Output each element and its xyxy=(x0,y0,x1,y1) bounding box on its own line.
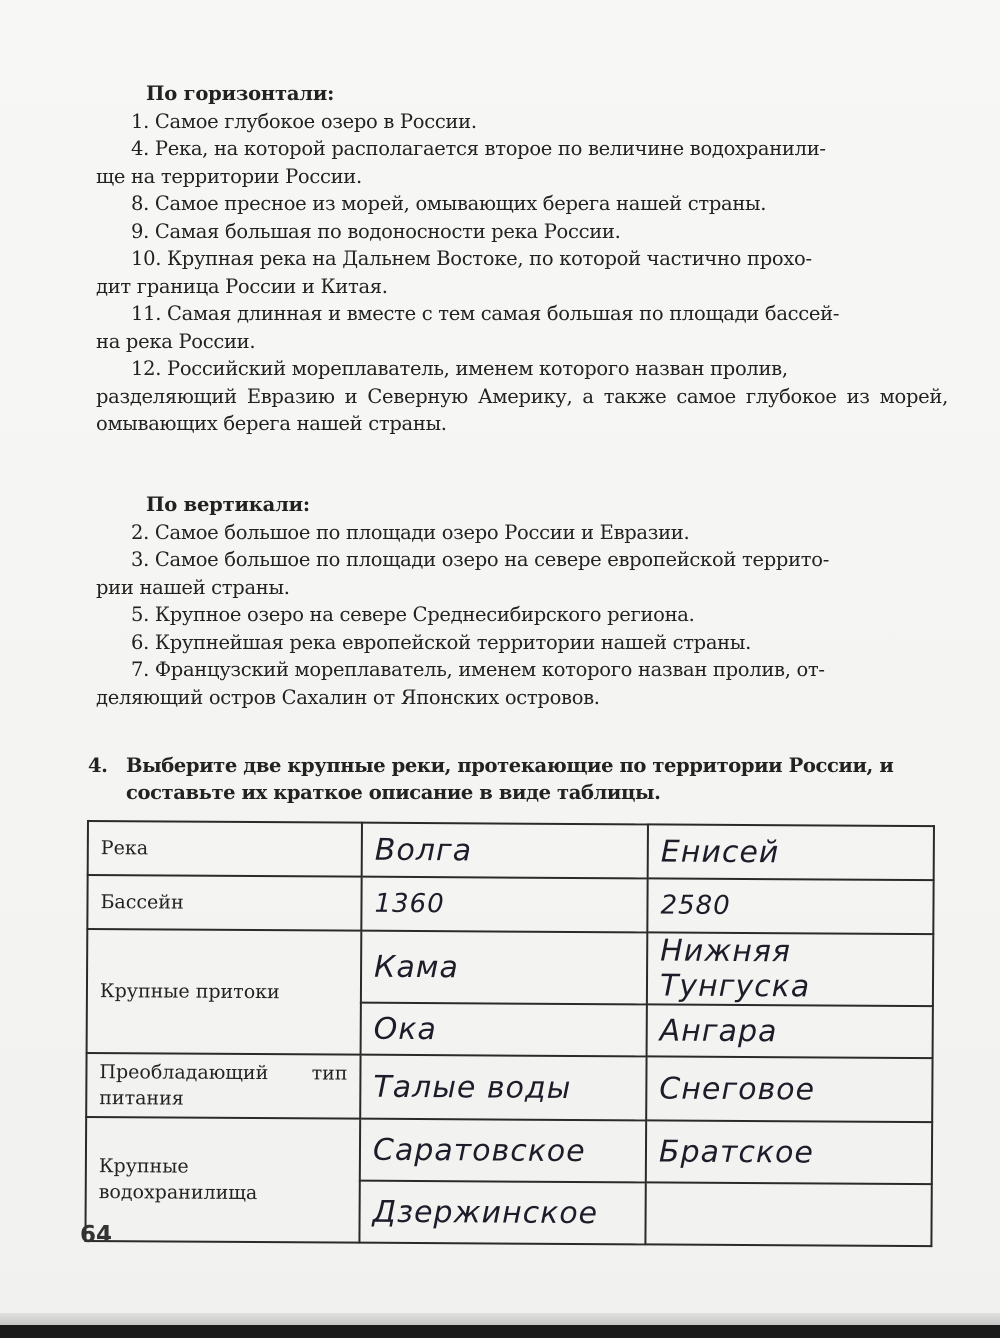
clue-4: 4. Река, на которой располагается второе… xyxy=(96,135,948,190)
clue-3: 3. Самое большое по площади озеро на сев… xyxy=(96,546,948,601)
clue-5: 5. Крупное озеро на севере Среднесибирск… xyxy=(96,601,948,629)
clue-1: 1. Самое глубокое озеро в России. xyxy=(96,108,948,136)
label-reservoirs: Крупные водохранилища xyxy=(85,1117,360,1243)
clue-8: 8. Самое пресное из морей, омывающих бер… xyxy=(96,190,948,218)
vertical-clues: По вертикали: 2. Самое большое по площад… xyxy=(96,491,948,711)
answer-river2-feeding[interactable]: Снеговое xyxy=(646,1056,932,1122)
row-basin: Бассейн 1360 2580 xyxy=(87,875,933,934)
workbook-page: По горизонтали: 1. Самое глубокое озеро … xyxy=(0,0,1000,1338)
row-feeding: Преобладающий тип питания Талые воды Сне… xyxy=(86,1053,932,1122)
clue-9: 9. Самая большая по водоносности река Ро… xyxy=(96,218,948,246)
answer-river2-reservoir-1[interactable]: Братское xyxy=(646,1120,932,1184)
page-number: 64 xyxy=(80,1222,112,1248)
horizontal-heading: По горизонтали: xyxy=(96,80,948,108)
answer-river1-basin[interactable]: 1360 xyxy=(361,877,647,933)
clue-7: 7. Французский мореплаватель, именем кот… xyxy=(96,656,948,711)
rivers-table: Река Волга Енисей Бассейн 1360 2580 Круп… xyxy=(84,820,935,1247)
scanner-background xyxy=(0,1325,1000,1338)
task-text: Выберите две крупные реки, протекающие п… xyxy=(126,752,948,806)
label-river: Река xyxy=(88,821,362,877)
label-basin: Бассейн xyxy=(87,875,361,931)
answer-river1-tributary-1[interactable]: Кама xyxy=(361,931,647,1005)
answer-river2-reservoir-2[interactable] xyxy=(645,1182,931,1246)
answer-river1-reservoir-2[interactable]: Дзержинское xyxy=(359,1181,645,1245)
vertical-heading: По вертикали: xyxy=(96,491,948,519)
answer-river2-basin[interactable]: 2580 xyxy=(647,878,933,934)
horizontal-clues: По горизонтали: 1. Самое глубокое озеро … xyxy=(96,80,948,438)
answer-river2-tributary-1[interactable]: Нижняя Тунгуска xyxy=(647,932,933,1006)
answer-river1-feeding[interactable]: Талые воды xyxy=(360,1055,646,1121)
clue-2: 2. Самое большое по площади озеро России… xyxy=(96,519,948,547)
task-4: 4. Выберите две крупные реки, протекающи… xyxy=(88,752,948,806)
answer-river1-reservoir-1[interactable]: Саратовское xyxy=(360,1119,646,1183)
row-river: Река Волга Енисей xyxy=(88,821,934,880)
row-tributaries-1: Крупные притоки Кама Нижняя Тунгуска xyxy=(87,929,933,1006)
page-edge-shadow xyxy=(0,1313,1000,1325)
clue-6: 6. Крупнейшая река европейской территори… xyxy=(96,629,948,657)
answer-river2-tributary-2[interactable]: Ангара xyxy=(647,1004,933,1058)
clue-11: 11. Самая длинная и вместе с тем самая б… xyxy=(96,300,948,355)
answer-river2-name[interactable]: Енисей xyxy=(648,824,934,880)
clue-12: 12. Российский мореплаватель, именем кот… xyxy=(96,355,948,438)
label-feeding: Преобладающий тип питания xyxy=(86,1053,360,1119)
clue-10: 10. Крупная река на Дальнем Востоке, по … xyxy=(96,245,948,300)
answer-river1-name[interactable]: Волга xyxy=(362,823,648,879)
label-tributaries: Крупные притоки xyxy=(87,929,362,1055)
row-reservoirs-1: Крупные водохранилища Саратовское Братск… xyxy=(86,1117,932,1184)
task-number: 4. xyxy=(88,752,108,779)
answer-river1-tributary-2[interactable]: Ока xyxy=(361,1003,647,1057)
